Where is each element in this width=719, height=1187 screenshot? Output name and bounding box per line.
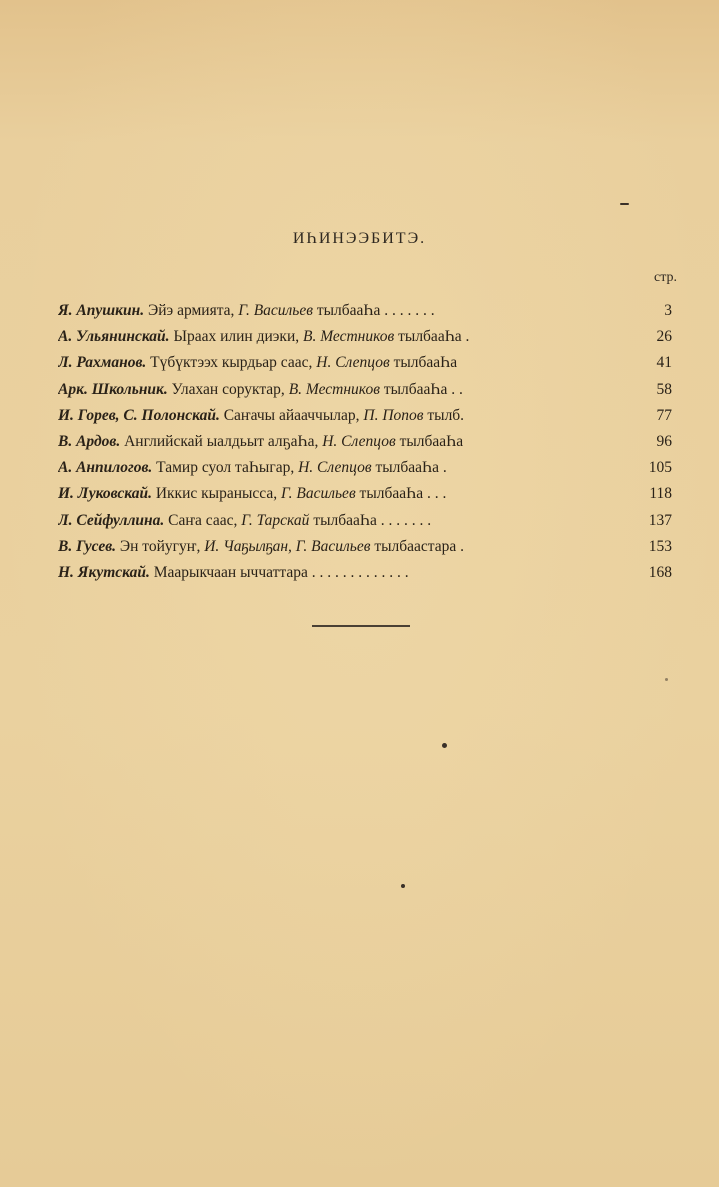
- entry-title: Английскай ыалдьыт алҕаҺа,: [124, 433, 318, 450]
- paper-speck: [620, 203, 629, 205]
- entry-author: И. Луковскай.: [58, 485, 152, 502]
- entry-translator: В. Местников: [303, 328, 394, 345]
- entry-suffix: тылбааҺа . . .: [360, 485, 447, 502]
- entry-translator: Н. Слепцов: [298, 459, 371, 476]
- entry-author: И. Горев, С. Полонскай.: [58, 407, 220, 424]
- entry-title: Эйэ армията,: [148, 302, 234, 319]
- entry-suffix: тылбааҺа . . . . . . .: [313, 512, 431, 529]
- entry-title: Ыраах илин диэки,: [173, 328, 299, 345]
- entry-translator: Г. Васильев: [238, 302, 313, 319]
- toc-entry: Я. Апушкин. Эйэ армията, Г. Васильев тыл…: [58, 298, 672, 324]
- page-column-label: стр.: [654, 270, 677, 286]
- entry-page: 96: [632, 429, 672, 455]
- entry-page: 3: [632, 298, 672, 324]
- entry-suffix: . . . . . . . . . . . . .: [312, 564, 409, 581]
- entry-suffix: тылбааҺа: [394, 354, 458, 371]
- entry-page: 41: [632, 350, 672, 376]
- toc-entry: А. Ульянинскай. Ыраах илин диэки, В. Мес…: [58, 324, 672, 350]
- entry-title: Улахан соруктар,: [172, 381, 285, 398]
- contents-title: ИҺИНЭЭБИТЭ.: [0, 230, 719, 248]
- entry-translator: Г. Васильев: [281, 485, 356, 502]
- toc-entry: Л. Рахманов. Түбүктээх кырдьар саас, Н. …: [58, 350, 672, 376]
- entry-suffix: тылбааҺа .: [375, 459, 446, 476]
- paper-speck: [401, 884, 405, 888]
- entry-page: 153: [632, 534, 672, 560]
- entry-translator: В. Местников: [289, 381, 380, 398]
- toc-entry: Л. Сейфуллина. Саҥа саас, Г. Тарскай тыл…: [58, 508, 672, 534]
- entry-title: Саҥа саас,: [168, 512, 237, 529]
- entry-author: А. Анпилогов.: [58, 459, 152, 476]
- paper-speck: [665, 678, 668, 681]
- entry-author: Л. Сейфуллина.: [58, 512, 164, 529]
- entry-title: Иккис кыранысса,: [156, 485, 277, 502]
- entry-author: В. Ардов.: [58, 433, 120, 450]
- table-of-contents: Я. Апушкин. Эйэ армията, Г. Васильев тыл…: [58, 298, 672, 586]
- entry-title: Түбүктээх кырдьар саас,: [150, 354, 312, 371]
- entry-suffix: тылбааҺа .: [398, 328, 469, 345]
- entry-author: Арк. Школьник.: [58, 381, 168, 398]
- entry-translator: Г. Тарскай: [241, 512, 309, 529]
- toc-entry: В. Ардов. Английскай ыалдьыт алҕаҺа, Н. …: [58, 429, 672, 455]
- entry-suffix: тылбааҺа: [400, 433, 464, 450]
- entry-page: 137: [632, 508, 672, 534]
- divider-rule: [312, 625, 410, 627]
- toc-entry: Арк. Школьник. Улахан соруктар, В. Местн…: [58, 377, 672, 403]
- entry-page: 168: [632, 560, 672, 586]
- entry-author: В. Гусев.: [58, 538, 116, 555]
- entry-suffix: тылбаастара .: [374, 538, 464, 555]
- toc-entry: Н. Якутскай. Маарыкчаан ыччаттара . . . …: [58, 560, 672, 586]
- entry-translator: Н. Слепцов: [316, 354, 389, 371]
- entry-page: 58: [632, 377, 672, 403]
- entry-page: 118: [632, 481, 672, 507]
- toc-entry: И. Горев, С. Полонскай. Саҥачы айааччыла…: [58, 403, 672, 429]
- entry-title: Маарыкчаан ыччаттара: [154, 564, 308, 581]
- entry-title: Эн тойугуҥ,: [120, 538, 200, 555]
- paper-speck: [442, 743, 447, 748]
- entry-author: А. Ульянинскай.: [58, 328, 170, 345]
- entry-translator: П. Попов: [363, 407, 423, 424]
- entry-page: 77: [632, 403, 672, 429]
- document-page: ИҺИНЭЭБИТЭ. стр. Я. Апушкин. Эйэ армията…: [0, 0, 719, 1187]
- entry-translator: Н. Слепцов: [322, 433, 395, 450]
- entry-suffix: тылб.: [427, 407, 464, 424]
- toc-entry: В. Гусев. Эн тойугуҥ, И. Чаҕылҕан, Г. Ва…: [58, 534, 672, 560]
- entry-title: Саҥачы айааччылар,: [224, 407, 360, 424]
- entry-author: Я. Апушкин.: [58, 302, 144, 319]
- toc-entry: А. Анпилогов. Тамир суол таҺыгар, Н. Сле…: [58, 455, 672, 481]
- entry-page: 105: [632, 455, 672, 481]
- entry-suffix: тылбааҺа . .: [384, 381, 463, 398]
- entry-suffix: тылбааҺа . . . . . . .: [317, 302, 435, 319]
- entry-title: Тамир суол таҺыгар,: [156, 459, 294, 476]
- entry-author: Н. Якутскай.: [58, 564, 150, 581]
- toc-entry: И. Луковскай. Иккис кыранысса, Г. Василь…: [58, 481, 672, 507]
- entry-page: 26: [632, 324, 672, 350]
- entry-author: Л. Рахманов.: [58, 354, 146, 371]
- entry-translator: И. Чаҕылҕан, Г. Васильев: [204, 538, 370, 555]
